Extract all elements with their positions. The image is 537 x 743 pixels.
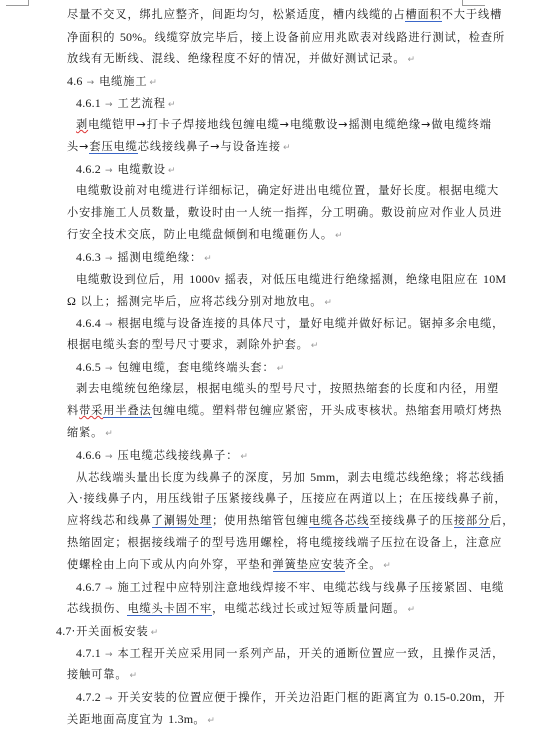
text-run: 4.6 <box>67 74 83 88</box>
text-line: 缩紧。↵ <box>67 426 114 441</box>
paragraph-mark-icon: ↵ <box>283 143 291 153</box>
paragraph-mark-icon: ↵ <box>383 561 391 571</box>
text-run: 套压电缆 <box>89 140 137 154</box>
tab-arrow-icon: → <box>87 78 95 88</box>
text-run: ；使用热缩管包缠 <box>212 514 309 527</box>
text-run: 4.6.5 <box>76 360 101 374</box>
text-line: 4.6.6→压电缆芯线接线鼻子：↵ <box>76 448 249 464</box>
text-run: 尽量不交叉，绑扎应整齐，间距均匀，松紧适度，槽内线缆的占 <box>67 8 405 21</box>
text-line: 4.6→电缆施工↵ <box>67 74 158 90</box>
text-line: 4.6.1→工艺流程↵ <box>76 96 176 112</box>
text-run: 1000v <box>189 272 220 286</box>
paragraph-mark-icon: ↵ <box>168 100 176 110</box>
paragraph-mark-icon: ↵ <box>324 298 332 308</box>
text-run: 接部分 <box>454 514 490 528</box>
text-run: 。 <box>193 713 205 726</box>
text-run: 施工过程中应特别注意地线焊接不牢、电缆芯线与线鼻子压接紧固、电缆 <box>117 581 504 594</box>
text-run: 热缩固定；根据接线端子的型号选用螺栓，将电缆接线端子压拉在设备上，注意应 <box>67 536 502 549</box>
text-line: 净面积的 50%。线缆穿放完毕后，接上设备前应用兆欧表对线路进行测试，检查所 <box>67 30 505 45</box>
text-run: 不大于线槽 <box>442 8 502 21</box>
tab-arrow-icon: → <box>105 364 113 374</box>
text-run: 根据电缆与设备连接的具体尺寸，量好电缆并做好标记。锯掉多余电缆， <box>117 317 504 330</box>
text-run: 摇测电缆绝缘： <box>117 251 202 264</box>
paragraph-mark-icon: ↵ <box>240 452 248 462</box>
text-run: 根据电缆头套的型号尺寸要求，剥除外护套。 <box>67 338 309 351</box>
text-run: 开关安装的位置应便于操作，开关边沿距门框的距离宜为 <box>117 691 424 704</box>
text-line: 料带采用半叠法包缠电缆。塑料带包缠应紧密，开头成枣核状。热缩套用喷灯烤热 <box>67 404 502 418</box>
text-line: 尽量不交叉，绑扎应整齐，间距均匀，松紧适度，槽内线缆的占槽面积不大于线槽 <box>67 8 502 22</box>
paragraph-mark-icon: ↵ <box>168 166 176 176</box>
text-run: 芯线损伤、 <box>67 602 127 615</box>
text-line: 剥电缆铠甲→打卡子焊接地线包缠电缆→电缆敷设→摇测电缆绝缘→做电缆终端 <box>76 118 492 132</box>
paragraph-mark-icon: ↵ <box>151 628 159 638</box>
text-run: 齐全。 <box>345 558 381 571</box>
text-run: 电缆敷设前对电缆进行详细标记，确定好进出电缆位置，量好长度。根据电缆大 <box>76 184 499 197</box>
text-run: 包缠电缆。塑料带包缠应紧密，开头成枣核状。热缩套用喷灯烤热 <box>152 404 503 417</box>
text-line: 电缆敷设前对电缆进行详细标记，确定好进出电缆位置，量好长度。根据电缆大 <box>76 184 499 198</box>
text-line: 4.6.4→根据电缆与设备连接的具体尺寸，量好电缆并做好标记。锯掉多余电缆， <box>76 316 504 332</box>
paragraph-mark-icon: ↵ <box>311 341 319 351</box>
tab-arrow-icon: → <box>105 584 113 594</box>
text-line: 小安排施工人员数量，敷设时由一人统一指挥，分工明确。敷设前应对作业人员进 <box>67 206 502 220</box>
text-run: 槽面积 <box>405 8 441 22</box>
text-run: 电缆铠甲→打卡子焊接地线包缠电缆→电缆敷设→摇测电缆绝缘→做电缆终端 <box>88 118 492 131</box>
text-run: 接触可靠。 <box>67 668 127 681</box>
text-run: 带采 <box>79 404 103 417</box>
text-run: 电缆头卡固不牢 <box>127 602 212 616</box>
text-run: 净面积的 <box>67 31 120 44</box>
text-run: 本工程开关应采用同一系列产品，开关的通断位置应一致，且操作灵活， <box>117 647 504 660</box>
text-run: 摇表，对低压电缆进行绝缘摇测，绝缘电阻应在 <box>220 273 483 286</box>
text-run: ，开 <box>481 691 505 704</box>
text-run: 剥去电缆统包绝缘层，根据电缆头的型号尺寸，按照热缩套的长度和内径，用塑 <box>76 382 499 395</box>
text-run: 4.6.1 <box>76 96 101 110</box>
tab-arrow-icon: → <box>105 100 113 110</box>
text-run: 0.15-0.20m <box>424 690 481 704</box>
tab-arrow-icon: → <box>105 650 113 660</box>
paragraph-mark-icon: ↵ <box>129 671 137 681</box>
text-run: 电缆敷设到位后，用 <box>76 273 189 286</box>
tab-arrow-icon: → <box>105 254 113 264</box>
tab-arrow-icon: → <box>105 452 113 462</box>
text-run: 电缆施工 <box>99 75 147 88</box>
text-run: 包缠电缆，套电缆终端头套： <box>117 361 274 374</box>
text-run: 电缆各芯线 <box>309 514 369 528</box>
text-run: 1.3m <box>168 712 193 726</box>
text-line: 使螺栓由上向下或从内向外穿，平垫和弹簧垫应安装齐全。↵ <box>67 558 392 573</box>
text-line: 接触可靠。↵ <box>67 668 138 683</box>
tab-arrow-icon: → <box>105 166 113 176</box>
text-run: Ω <box>67 294 76 308</box>
text-run: 4.6.4 <box>76 316 101 330</box>
text-run: ，电缆芯线过长或过短等质量问题。 <box>212 602 405 615</box>
paragraph-mark-icon: ↵ <box>407 55 415 65</box>
text-line: 4.6.2→电缆敷设↵ <box>76 162 176 178</box>
text-line: Ω 以上；摇测完毕后，应将芯线分别对地放电。↵ <box>67 294 333 310</box>
paragraph-mark-icon: ↵ <box>149 78 157 88</box>
text-line: 剥去电缆统包绝缘层，根据电缆头的型号尺寸，按照热缩套的长度和内径，用塑 <box>76 382 499 396</box>
paragraph-mark-icon: ↵ <box>105 429 113 439</box>
text-run: 从芯线端头量出长度为线鼻子的深度，另加 <box>76 471 310 484</box>
text-run: 了涮锡处理 <box>152 514 212 528</box>
text-run: 缩紧。 <box>67 426 103 439</box>
text-line: 行安全技术交底，防止电缆盘倾倒和电缆砸伤人。↵ <box>67 228 343 243</box>
text-run: 以上；摇测完毕后，应将芯线分别对地放电。 <box>76 295 322 308</box>
text-line: 4.6.3→摇测电缆绝缘：↵ <box>76 250 213 266</box>
paragraph-mark-icon: ↵ <box>277 364 285 374</box>
text-run: 使螺栓由上向下或从内向外穿，平垫和 <box>67 558 273 571</box>
text-run: 应将线芯和线鼻 <box>67 514 152 527</box>
text-line: 电缆敷设到位后，用 1000v 摇表，对低压电缆进行绝缘摇测，绝缘电阻应在 10… <box>76 272 506 287</box>
text-line: 放线有无断线、混线、绝缘程度不好的情况，并做好测试记录。↵ <box>67 52 416 67</box>
text-run: 芯线接线鼻子→与设备连接 <box>138 140 281 153</box>
text-line: 入·接线鼻子内，用压线钳子压紧接线鼻子，压接应在两道以上；在压接线鼻子前， <box>67 492 507 506</box>
text-run: 4.6.6 <box>76 448 101 462</box>
text-run: 。线缆穿放完毕后，接上设备前应用兆欧表对线路进行测试，检查所 <box>142 31 505 44</box>
text-run: 料 <box>67 404 79 417</box>
paragraph-mark-icon: ↵ <box>335 231 343 241</box>
text-line: 热缩固定；根据接线端子的型号选用螺栓，将电缆接线端子压拉在设备上，注意应 <box>67 536 502 550</box>
text-run: 剥 <box>76 118 88 131</box>
text-run: 5mm <box>310 470 335 484</box>
text-line: 应将线芯和线鼻了涮锡处理；使用热缩管包缠电缆各芯线至接线鼻子的压接部分后， <box>67 514 514 528</box>
text-line: 根据电缆头套的型号尺寸要求，剥除外护套。↵ <box>67 338 319 353</box>
text-run: 用半叠法 <box>103 404 151 418</box>
page-corner-mark-right <box>462 0 485 6</box>
text-run: 4.7 <box>56 624 72 638</box>
paragraph-mark-icon: ↵ <box>407 605 415 615</box>
text-run: ，剥去电缆芯线绝缘；将芯线插 <box>335 471 504 484</box>
text-line: 4.7.1→本工程开关应采用同一系列产品，开关的通断位置应一致，且操作灵活， <box>76 646 504 662</box>
text-run: 压电缆芯线接线鼻子： <box>117 449 238 462</box>
text-run: ·开关面板安装 <box>72 625 149 638</box>
text-run: 弹簧垫应安装 <box>273 558 346 572</box>
text-run: 4.6.2 <box>76 162 101 176</box>
text-line: 4.7·开关面板安装↵ <box>56 624 159 640</box>
text-run: 入·接线鼻子内，用压线钳子压紧接线鼻子，压接应在两道以上；在压接线鼻子前， <box>67 492 507 505</box>
text-run: 4.6.7 <box>76 580 101 594</box>
tab-arrow-icon: → <box>105 694 113 704</box>
text-run: 小安排施工人员数量，敷设时由一人统一指挥，分工明确。敷设前应对作业人员进 <box>67 206 502 219</box>
text-run: 工艺流程 <box>117 97 165 110</box>
text-line: 关距地面高度宜为 1.3m。↵ <box>67 712 216 728</box>
text-run: 50% <box>120 30 143 44</box>
text-run: 10M <box>483 272 506 286</box>
text-run: 放线有无断线、混线、绝缘程度不好的情况，并做好测试记录。 <box>67 52 405 65</box>
text-run: 至接线鼻子的压 <box>369 514 454 527</box>
paragraph-mark-icon: ↵ <box>207 716 215 726</box>
text-run: 4.7.1 <box>76 646 101 660</box>
tab-arrow-icon: → <box>105 320 113 330</box>
text-line: 头→套压电缆芯线接线鼻子→与设备连接↵ <box>67 140 291 155</box>
text-line: 4.6.5→包缠电缆，套电缆终端头套：↵ <box>76 360 285 376</box>
text-run: 关距地面高度宜为 <box>67 713 168 726</box>
text-line: 从芯线端头量出长度为线鼻子的深度，另加 5mm，剥去电缆芯线绝缘；将芯线插 <box>76 470 505 485</box>
text-run: 4.7.2 <box>76 690 101 704</box>
text-line: 4.7.2→开关安装的位置应便于操作，开关边沿距门框的距离宜为 0.15-0.2… <box>76 690 506 706</box>
text-run: 头→ <box>67 140 89 153</box>
paragraph-mark-icon: ↵ <box>204 254 212 264</box>
page-corner-mark-left <box>6 0 29 6</box>
text-run: 后， <box>490 514 514 527</box>
text-run: 4.6.3 <box>76 250 101 264</box>
text-line: 芯线损伤、电缆头卡固不牢，电缆芯线过长或过短等质量问题。↵ <box>67 602 416 617</box>
text-line: 4.6.7→施工过程中应特别注意地线焊接不牢、电缆芯线与线鼻子压接紧固、电缆 <box>76 580 504 596</box>
text-run: 电缆敷设 <box>117 163 165 176</box>
text-run: 行安全技术交底，防止电缆盘倾倒和电缆砸伤人。 <box>67 228 333 241</box>
